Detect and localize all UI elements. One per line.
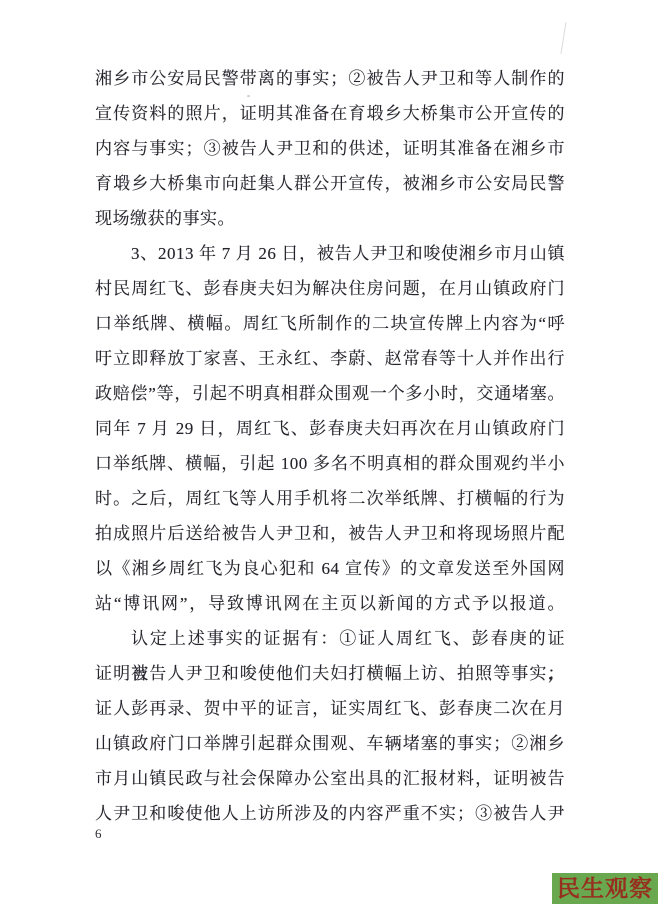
page-number: 6 <box>95 826 102 842</box>
paragraph: 认定上述事实的证据有：①证人周红飞、彭春庚的证言， 证明被告人尹卫和唆使他们夫妇… <box>95 621 565 831</box>
text-line: 同年 7 月 29 日，周红飞、彭春庚夫妇再次在月山镇政府门 <box>95 411 565 446</box>
text-line: 政赔偿”等，引起不明真相群众围观一个多小时，交通堵塞。 <box>95 376 565 411</box>
text-line: 育塅乡大桥集市向赶集人群公开宣传，被湘乡市公安局民警 <box>95 166 565 201</box>
text-line: 拍成照片后送给被告人尹卫和，被告人尹卫和将现场照片配 <box>95 516 565 551</box>
text-line: 口举纸牌、横幅，引起 100 多名不明真相的群众围观约半小 <box>95 446 565 481</box>
text-line: 3、2013 年 7 月 26 日，被告人尹卫和唆使湘乡市月山镇 <box>95 236 565 271</box>
text-line: 内容与事实；③被告人尹卫和的供述，证明其准备在湘乡市 <box>95 131 565 166</box>
watermark-text: 民生观察 <box>557 876 653 901</box>
text-line: 认定上述事实的证据有：①证人周红飞、彭春庚的证言， <box>95 621 565 656</box>
text-line: 宣传资料的照片，证明其准备在育塅乡大桥集市公开宣传的 <box>95 96 565 131</box>
text-line: 湘乡市公安局民警带离的事实；②被告人尹卫和等人制作的 <box>95 61 565 96</box>
document-body: 湘乡市公安局民警带离的事实；②被告人尹卫和等人制作的 宣传资料的照片，证明其准备… <box>95 61 565 831</box>
paragraph: 湘乡市公安局民警带离的事实；②被告人尹卫和等人制作的 宣传资料的照片，证明其准备… <box>95 61 565 236</box>
text-line: 站“博讯网”，导致博讯网在主页以新闻的方式予以报道。 <box>95 586 565 621</box>
text-line: 吁立即释放丁家喜、王永红、李蔚、赵常春等十人并作出行 <box>95 341 565 376</box>
text-line: 证人彭再录、贺中平的证言，证实周红飞、彭春庚二次在月 <box>95 691 565 726</box>
scan-artifact-line <box>561 22 567 54</box>
document-page: 湘乡市公安局民警带离的事实；②被告人尹卫和等人制作的 宣传资料的照片，证明其准备… <box>0 0 660 908</box>
text-line: 村民周红飞、彭春庚夫妇为解决住房问题，在月山镇政府门 <box>95 271 565 306</box>
text-line: 市月山镇民政与社会保障办公室出具的汇报材料，证明被告 <box>95 761 565 796</box>
text-line: 现场缴获的事实。 <box>95 201 565 236</box>
watermark-banner: 民生观察 <box>552 873 658 904</box>
text-line: 时。之后，周红飞等人用手机将二次举纸牌、打横幅的行为 <box>95 481 565 516</box>
text-line: 证明被告人尹卫和唆使他们夫妇打横幅上访、拍照等事实； <box>95 656 565 691</box>
paragraph: 3、2013 年 7 月 26 日，被告人尹卫和唆使湘乡市月山镇 村民周红飞、彭… <box>95 236 565 621</box>
text-line: 口举纸牌、横幅。周红飞所制作的二块宣传牌上内容为“呼 <box>95 306 565 341</box>
text-line: 山镇政府门口举牌引起群众围观、车辆堵塞的事实；②湘乡 <box>95 726 565 761</box>
text-line: 人尹卫和唆使他人上访所涉及的内容严重不实；③被告人尹 <box>95 796 565 831</box>
text-line: 以《湘乡周红飞为良心犯和 64 宣传》的文章发送至外国网 <box>95 551 565 586</box>
